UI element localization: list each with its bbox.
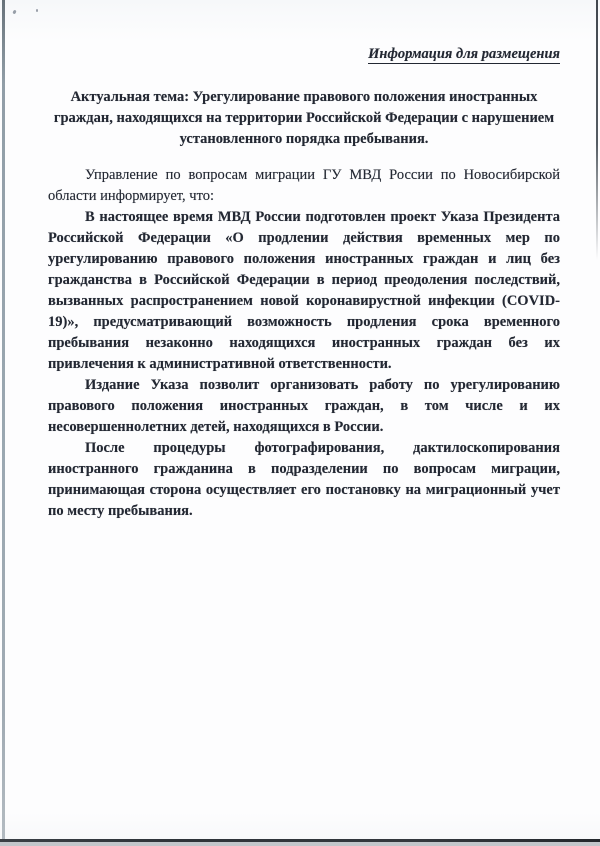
document-paragraph-registration: После процедуры фотографирования, дактил…: [48, 438, 560, 522]
scan-edge-right: [596, 0, 598, 260]
document-content: Информация для размещения Актуальная тем…: [48, 44, 560, 522]
scan-speck: [36, 9, 38, 12]
placement-info-heading: Информация для размещения: [48, 44, 560, 65]
scan-edge-bottom-shadow: [0, 842, 600, 846]
document-paragraph-decree-draft: В настоящее время МВД России подготовлен…: [48, 207, 560, 375]
scanned-document-page: Информация для размещения Актуальная тем…: [0, 0, 600, 846]
document-title: Актуальная тема: Урегулирование правовог…: [48, 87, 560, 150]
scan-speck: [12, 10, 17, 15]
document-paragraph-decree-effect: Издание Указа позволит организовать рабо…: [48, 375, 560, 438]
scan-edge-left: [2, 0, 5, 841]
placement-info-heading-text: Информация для размещения: [368, 46, 560, 64]
document-paragraph-intro: Управление по вопросам миграции ГУ МВД Р…: [48, 165, 560, 207]
